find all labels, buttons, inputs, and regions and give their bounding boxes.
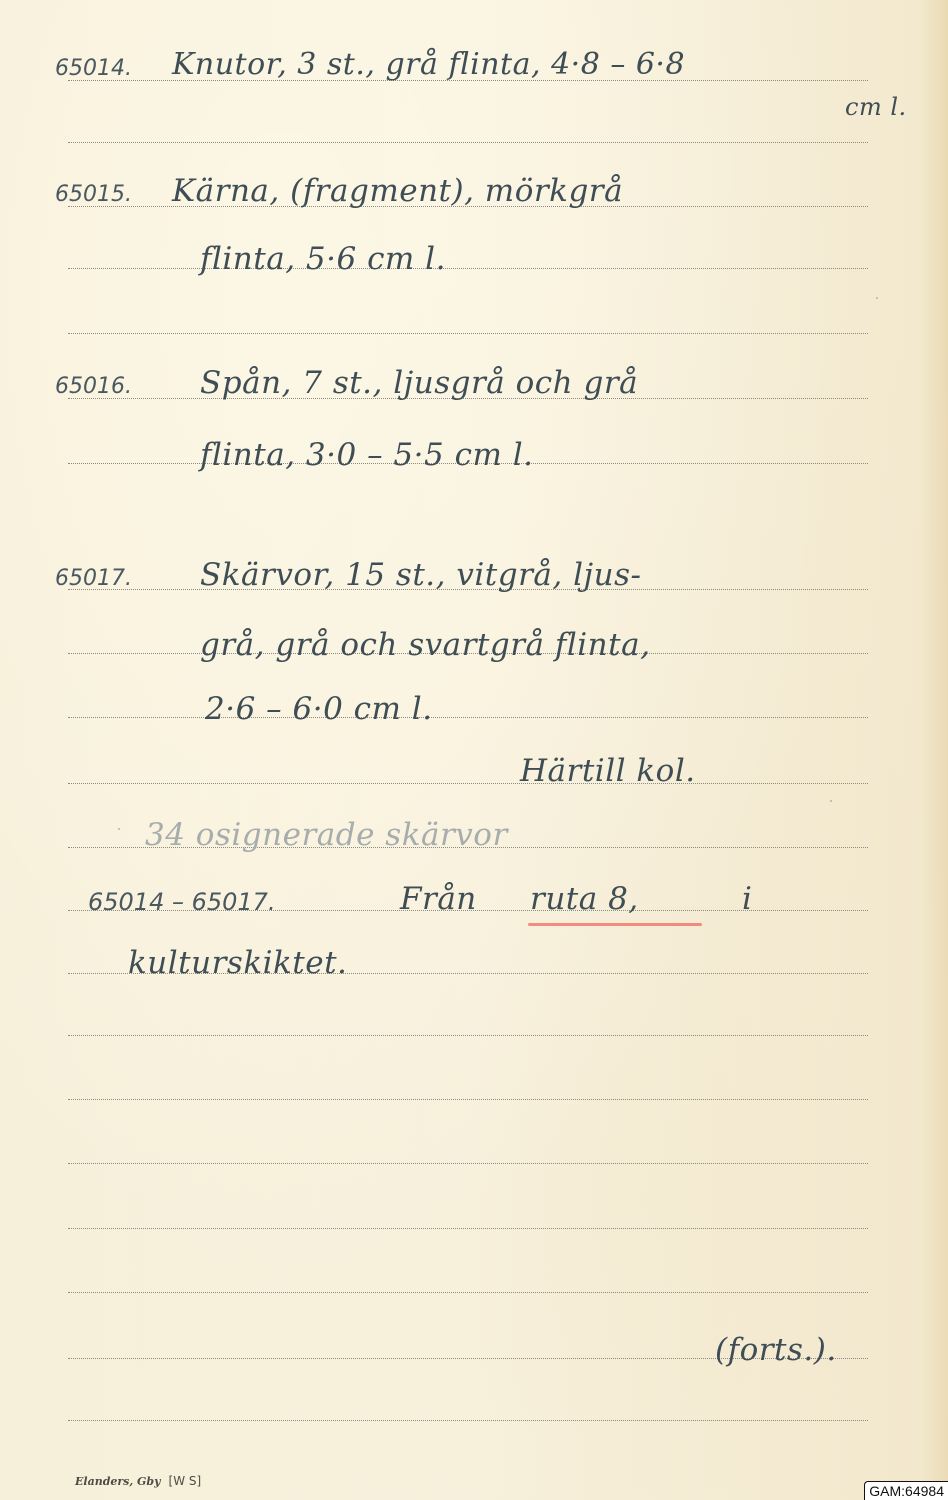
entry-number: 65014. [55, 58, 132, 80]
addendum-note: Härtill kol. [520, 756, 696, 787]
ruled-line [68, 1420, 868, 1421]
ruled-line [68, 1035, 868, 1036]
printer-mark: Elanders, Gby[W S] [75, 1474, 201, 1488]
ruled-line [68, 783, 868, 784]
red-underline [528, 923, 702, 926]
printer-code: [W S] [169, 1474, 202, 1488]
ruled-line [68, 1163, 868, 1164]
ruled-line [68, 333, 868, 334]
entry-description-line2: grå, grå och svartgrå flinta, [200, 630, 650, 661]
summary-square-ref: ruta 8, [530, 884, 639, 915]
paper-speck [876, 297, 878, 299]
summary-from-label: Från [400, 884, 477, 915]
printer-name: Elanders, Gby [75, 1475, 161, 1488]
archive-id-stamp: GAM:64984 [864, 1481, 948, 1500]
catalog-card: 65014. Knutor, 3 st., grå flinta, 4·8 – … [0, 0, 948, 1500]
entry-description-line3: 2·6 – 6·0 cm l. [205, 694, 433, 725]
continued-note: (forts.). [715, 1335, 837, 1366]
ruled-line [68, 1228, 868, 1229]
ruled-line [68, 268, 868, 269]
entry-description-line1: Skärvor, 15 st., vitgrå, ljus- [200, 560, 641, 591]
ruled-line [68, 142, 868, 143]
entry-number: 65015. [55, 184, 132, 206]
entry-description-line2: flinta, 3·0 – 5·5 cm l. [200, 440, 533, 471]
ruled-line [68, 1292, 868, 1293]
entry-number: 65017. [55, 568, 132, 590]
paper-speck [118, 828, 120, 830]
paper-speck [830, 800, 832, 802]
entry-description-line2: cm l. [845, 95, 907, 119]
entry-number: 65016. [55, 376, 132, 398]
pencil-note: 34 osignerade skärvor [145, 820, 508, 851]
entry-description-line2: flinta, 5·6 cm l. [200, 244, 446, 275]
entry-description-line1: Spån, 7 st., ljusgrå och grå [200, 368, 638, 399]
ruled-line [68, 1099, 868, 1100]
summary-in-label: i [742, 884, 752, 915]
summary-range: 65014 – 65017. [88, 890, 276, 914]
summary-layer: kulturskiktet. [128, 948, 347, 979]
entry-description-line1: Knutor, 3 st., grå flinta, 4·8 – 6·8 [172, 50, 685, 80]
entry-description-line1: Kärna, (fragment), mörkgrå [172, 176, 623, 207]
ruled-line [68, 717, 868, 718]
